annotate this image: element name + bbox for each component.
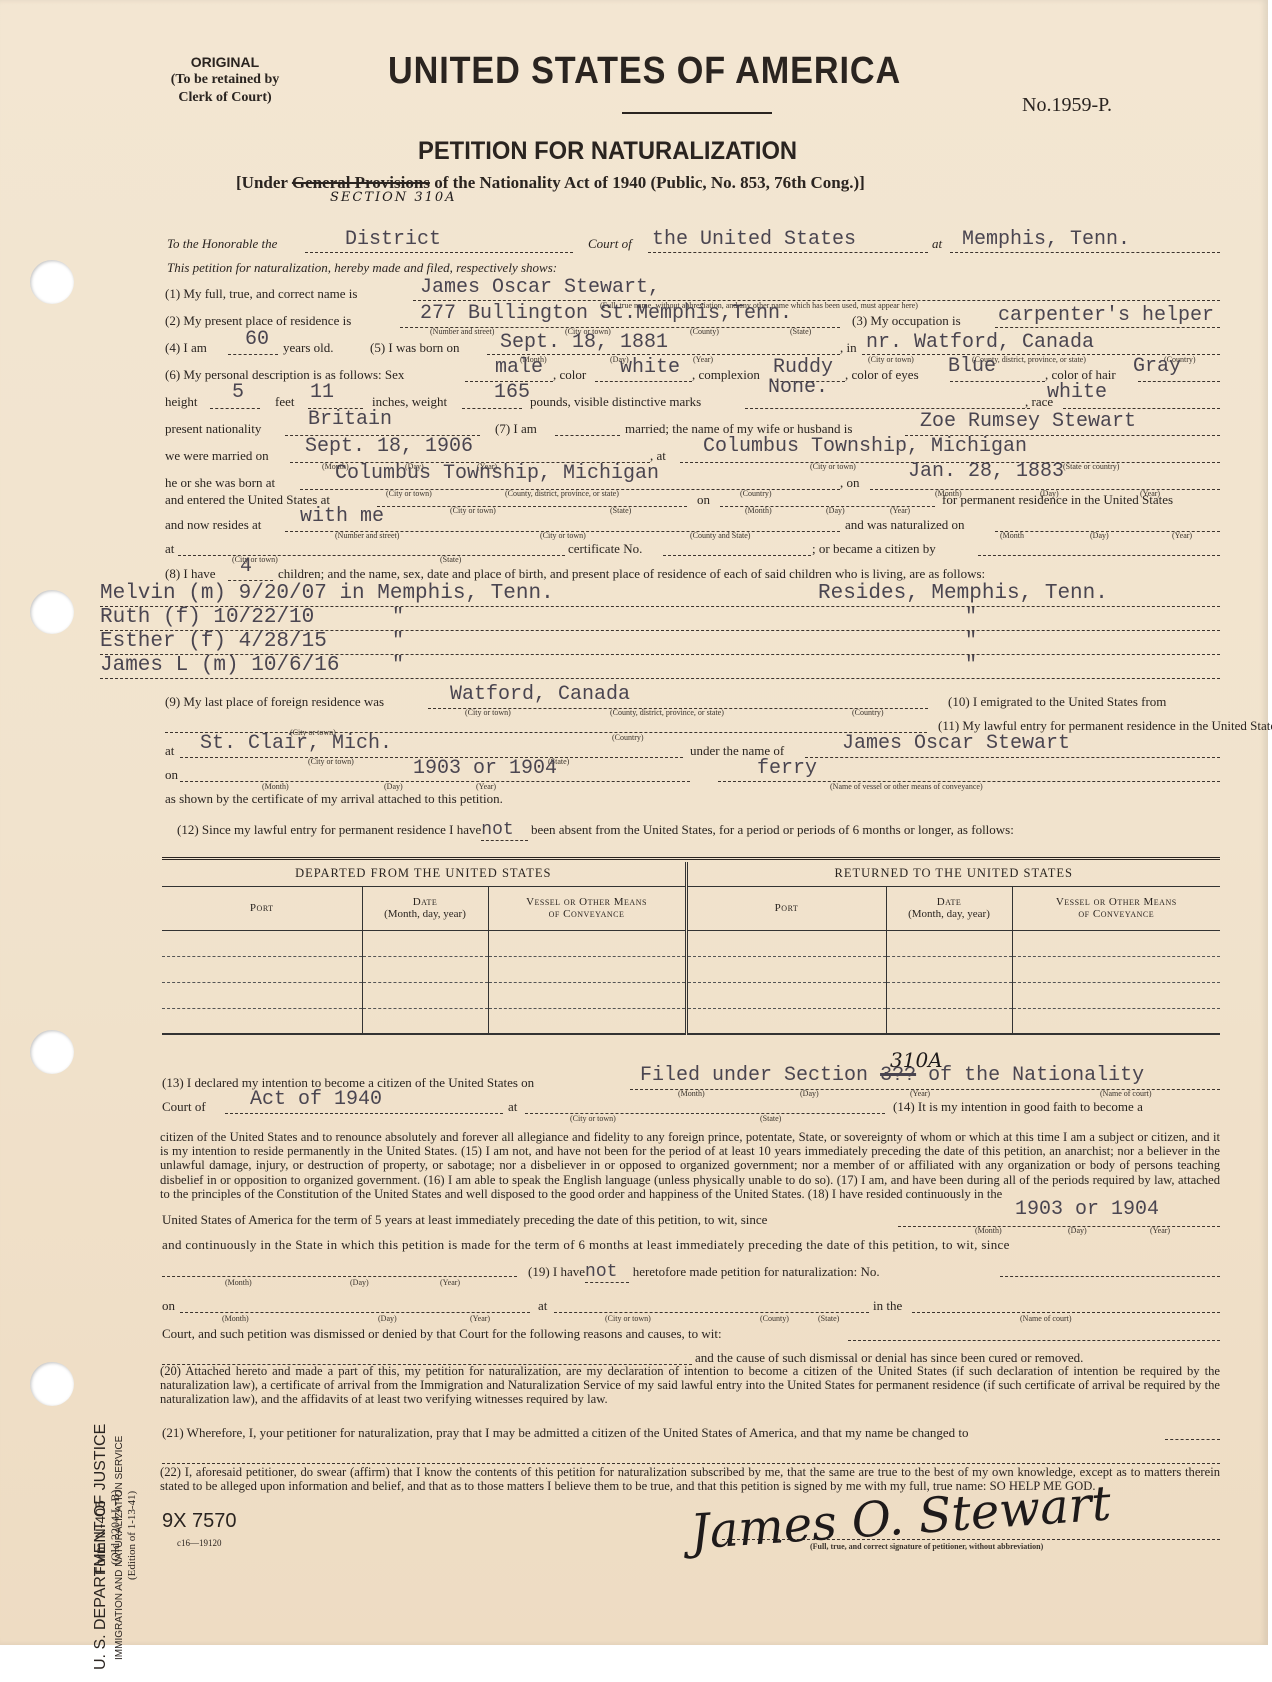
- returned-header: RETURNED TO THE UNITED STATES: [686, 862, 1220, 886]
- dismissed-line: Court, and such petition was dismissed o…: [162, 1326, 722, 1342]
- caption: (County and State): [690, 531, 750, 540]
- under-prefix: [Under: [236, 173, 288, 192]
- caption: (State): [760, 1114, 781, 1123]
- col-vessel-label: Vessel or Other Means: [1013, 896, 1221, 908]
- entry-name-field[interactable]: James Oscar Stewart: [842, 732, 1070, 755]
- caption: (State): [790, 327, 811, 336]
- caption: (State): [440, 555, 461, 564]
- court-of-field[interactable]: Act of 1940: [250, 1088, 382, 1111]
- caption: (Day): [350, 1278, 369, 1287]
- child-residence[interactable]: Resides, Memphis, Tenn.: [818, 582, 1108, 605]
- caption: (State): [610, 506, 631, 515]
- declaration-value-b: of the Nationality: [928, 1064, 1144, 1087]
- spouse-name-field[interactable]: Zoe Rumsey Stewart: [920, 410, 1136, 433]
- nationality-field[interactable]: Britain: [308, 408, 392, 431]
- caption: (Day): [384, 782, 403, 791]
- q4-suffix: years old.: [283, 340, 334, 356]
- entered-suffix: for permanent residence in the United St…: [942, 492, 1173, 508]
- at-label: at: [165, 541, 174, 557]
- at-label: at: [538, 1298, 547, 1314]
- caption: (Name of court): [1100, 1089, 1152, 1098]
- court-of-label: Court of: [588, 236, 632, 252]
- child-residence[interactable]: ": [965, 654, 977, 677]
- caption: (Month): [745, 506, 772, 515]
- height-inches-field[interactable]: 11: [310, 381, 334, 404]
- table-row: [162, 930, 1220, 956]
- ditto-mark: ": [392, 654, 404, 677]
- oath-paragraph-14-17: citizen of the United States and to reno…: [160, 1130, 1220, 1201]
- departed-header: DEPARTED FROM THE UNITED STATES: [162, 862, 686, 886]
- entry-on-label: on: [165, 767, 178, 783]
- entry-at-label: at: [165, 743, 174, 759]
- caption: (City or town): [605, 1314, 651, 1323]
- ditto-mark: ": [392, 630, 404, 653]
- punch-hole: [30, 260, 74, 304]
- caption: (Month): [225, 1278, 252, 1287]
- caption: (City or town): [570, 1114, 616, 1123]
- original-note: (To be retained by: [155, 71, 295, 89]
- certificate-label: certificate No.: [568, 541, 642, 557]
- race-field[interactable]: white: [1047, 381, 1107, 404]
- in-label: , in: [840, 340, 857, 356]
- marks-field[interactable]: None.: [768, 376, 828, 399]
- children-count-field[interactable]: 4: [240, 555, 252, 578]
- color-field[interactable]: white: [620, 356, 680, 379]
- caption: (City or town): [540, 531, 586, 540]
- color-label: , color: [553, 367, 586, 383]
- hair-field[interactable]: Gray: [1133, 355, 1181, 378]
- col-port: Port: [162, 886, 362, 930]
- handwritten-section: SECTION 310A: [330, 190, 457, 205]
- height-feet-field[interactable]: 5: [232, 381, 244, 404]
- q3-label: (3) My occupation is: [852, 313, 961, 329]
- q8-label: (8) I have: [165, 566, 216, 582]
- col-date-label: Date: [363, 896, 488, 908]
- caption: (Year): [440, 1278, 460, 1287]
- form-title: PETITION FOR NATURALIZATION: [418, 137, 797, 166]
- residence-field[interactable]: 277 Bullington St.Memphis,Tenn.: [420, 302, 792, 325]
- q19-line: (19) I havenot heretofore made petition …: [528, 1262, 880, 1282]
- court-name-field[interactable]: the United States: [652, 228, 856, 251]
- q12-line: (12) Since my lawful entry for permanent…: [177, 820, 1014, 840]
- spouse-birth-date-field[interactable]: Jan. 28, 1883: [908, 460, 1064, 483]
- caption: (Country): [852, 708, 884, 717]
- caption: (Day): [1068, 1226, 1087, 1235]
- caption: (Month): [975, 1226, 1002, 1235]
- entry-date-field[interactable]: 1903 or 1904: [413, 757, 557, 780]
- marriage-date-field[interactable]: Sept. 18, 1906: [305, 435, 473, 458]
- caption: (City or town): [465, 708, 511, 717]
- paragraph-21: (21) Wherefore, I, your petitioner for n…: [162, 1425, 969, 1441]
- original-note: Clerk of Court): [155, 89, 295, 107]
- caption: (Year): [1172, 531, 1192, 540]
- complexion-label: , complexion: [692, 367, 760, 383]
- caption: (City or town): [386, 489, 432, 498]
- col-date-sub: (Month, day, year): [363, 908, 488, 920]
- q6-label: (6) My personal description is as follow…: [165, 367, 404, 383]
- col-vessel: Vessel or Other Meansof Conveyance: [488, 886, 686, 930]
- conveyance-field[interactable]: ferry: [757, 757, 817, 780]
- caption: (County): [690, 327, 719, 336]
- caption: (Day): [826, 506, 845, 515]
- caption: (State or country): [1063, 462, 1119, 471]
- col-vessel-sub: of Conveyance: [1013, 908, 1221, 920]
- country-title: UNITED STATES OF AMERICA: [388, 50, 901, 93]
- under-suffix: of the Nationality Act of 1940 (Public, …: [434, 173, 865, 192]
- full-name-field[interactable]: James Oscar Stewart,: [420, 276, 660, 299]
- court-type-field[interactable]: District: [345, 228, 441, 251]
- col-vessel: Vessel or Other Meansof Conveyance: [1012, 886, 1220, 930]
- citizen-by-label: ; or became a citizen by: [812, 541, 936, 557]
- sex-field[interactable]: male: [495, 356, 543, 379]
- original-stamp: ORIGINAL (To be retained by Clerk of Cou…: [155, 53, 295, 107]
- petition-number: No.1959-P.: [1022, 94, 1112, 117]
- caption: (Country): [612, 733, 644, 742]
- height-label: height: [165, 394, 198, 410]
- caption: (Day): [378, 1314, 397, 1323]
- spouse-residence-field[interactable]: with me: [300, 505, 384, 528]
- caption: (Number and street): [430, 327, 494, 336]
- caption: (Number and street): [335, 531, 399, 540]
- birth-place-field[interactable]: nr. Watford, Canada: [866, 331, 1094, 354]
- marriage-place-field[interactable]: Columbus Township, Michigan: [703, 435, 1027, 458]
- age-field[interactable]: 60: [245, 328, 269, 351]
- caption: (Day): [800, 1089, 819, 1098]
- document-page: ORIGINAL (To be retained by Clerk of Cou…: [0, 0, 1268, 1645]
- caption: (Name of court): [1020, 1314, 1072, 1323]
- q19-value-field[interactable]: not: [585, 1262, 629, 1283]
- caption: (Year): [890, 506, 910, 515]
- entry-port-field[interactable]: St. Clair, Mich.: [200, 732, 392, 755]
- caption: (City or town): [868, 355, 914, 364]
- col-date-label: Date: [887, 896, 1012, 908]
- q2-label: (2) My present place of residence is: [165, 313, 351, 329]
- child-entry[interactable]: Esther (f) 4/28/15: [100, 630, 327, 653]
- punch-hole: [30, 1362, 74, 1406]
- spouse-born-label: he or she was born at: [165, 475, 275, 491]
- signature-caption: (Full, true, and correct signature of pe…: [810, 1542, 1043, 1551]
- caption: (State): [818, 1314, 839, 1323]
- caption: (Month: [1000, 531, 1024, 540]
- caption: (County, district, province, or state): [610, 708, 724, 717]
- struck-section: 3??: [880, 1064, 916, 1087]
- caption: (Year): [910, 1089, 930, 1098]
- service-name: IMMIGRATION AND NATURALIZATION SERVICE: [114, 1436, 125, 1660]
- edition-note: (Edition of 1-13-41): [126, 1491, 138, 1580]
- in-the-label: in the: [873, 1298, 902, 1314]
- q12-value-field[interactable]: not: [481, 820, 527, 841]
- birth-date-field[interactable]: Sept. 18, 1881: [500, 331, 668, 354]
- on-label: on: [162, 1298, 175, 1314]
- nationality-label: present nationality: [165, 421, 261, 437]
- col-date: Date(Month, day, year): [362, 886, 488, 930]
- print-code: c16—19120: [177, 1538, 222, 1548]
- to-label: To the Honorable the: [167, 236, 277, 252]
- col-vessel-label: Vessel or Other Means: [489, 896, 685, 908]
- resides-label: and now resides at: [165, 517, 261, 533]
- caption: (City or town): [308, 757, 354, 766]
- punch-hole: [30, 1030, 74, 1074]
- original-label: ORIGINAL: [155, 53, 295, 71]
- spouse-on-label: , on: [840, 475, 860, 491]
- department-name: U. S. DEPARTMENT OF JUSTICE: [92, 1424, 110, 1670]
- residence-since-field[interactable]: 1903 or 1904: [1015, 1198, 1159, 1221]
- q12-prefix: (12) Since my lawful entry for permanent…: [177, 822, 481, 837]
- q8-suffix: children; and the name, sex, date and pl…: [278, 566, 985, 582]
- file-code: 9X 7570: [162, 1510, 237, 1533]
- q5-label: (5) I was born on: [370, 340, 460, 356]
- caption: (Year): [476, 782, 496, 791]
- title-rule: [622, 112, 772, 114]
- court-location-field[interactable]: Memphis, Tenn.: [962, 228, 1130, 251]
- caption: (Country): [740, 489, 772, 498]
- ditto-mark: ": [392, 606, 404, 629]
- feet-label: feet: [275, 394, 294, 410]
- paragraph-20: (20) Attached hereto and made a part of …: [160, 1364, 1220, 1407]
- col-vessel-sub: of Conveyance: [489, 908, 685, 920]
- caption: (Year): [1150, 1226, 1170, 1235]
- declaration-field[interactable]: Filed under Section 3?? of the Nationali…: [640, 1064, 1144, 1087]
- q14-label: (14) It is my intention in good faith to…: [893, 1099, 1143, 1115]
- caption: (County, district, province, or state): [505, 489, 619, 498]
- eyes-label: , color of eyes: [845, 367, 919, 383]
- at-label: at: [932, 236, 942, 252]
- absence-table: DEPARTED FROM THE UNITED STATES RETURNED…: [162, 862, 1220, 1035]
- caption: (City or town): [810, 462, 856, 471]
- caption: (Day): [1090, 531, 1109, 540]
- table-top-rule: [162, 857, 1220, 860]
- q19-prefix: (19) I have: [528, 1264, 585, 1279]
- q12-suffix: been absent from the United States, for …: [531, 822, 1014, 837]
- table-row: [162, 1008, 1220, 1034]
- caption: (City or town): [232, 555, 278, 564]
- caption: (City or town): [450, 506, 496, 515]
- weight-field[interactable]: 165: [494, 381, 530, 404]
- occupation-field[interactable]: carpenter's helper: [998, 304, 1214, 327]
- q10-label: (10) I emigrated to the United States fr…: [948, 694, 1166, 710]
- caption: (Month): [222, 1314, 249, 1323]
- col-date: Date(Month, day, year): [886, 886, 1012, 930]
- caption: (Year): [693, 355, 713, 364]
- q19-suffix: heretofore made petition for naturalizat…: [633, 1264, 880, 1279]
- foreign-residence-field[interactable]: Watford, Canada: [450, 683, 630, 706]
- spouse-birthplace-field[interactable]: Columbus Township, Michigan: [335, 462, 659, 485]
- table-row: [162, 982, 1220, 1008]
- child-residence[interactable]: ": [965, 606, 977, 629]
- court-of-label: Court of: [162, 1099, 206, 1115]
- certificate-note: as shown by the certificate of my arriva…: [165, 791, 503, 807]
- q4-label: (4) I am: [165, 340, 207, 356]
- q9-label: (9) My last place of foreign residence w…: [165, 694, 384, 710]
- child-residence[interactable]: ": [965, 630, 977, 653]
- naturalized-label: and was naturalized on: [845, 517, 964, 533]
- intro-text: This petition for naturalization, hereby…: [167, 260, 557, 276]
- caption: (Month): [262, 782, 289, 791]
- child-entry[interactable]: James L (m) 10/6/16: [100, 654, 339, 677]
- child-entry[interactable]: Ruth (f) 10/22/10: [100, 606, 314, 629]
- q18-line: United States of America for the term of…: [162, 1212, 767, 1228]
- q7-label: (7) I am: [495, 421, 537, 437]
- married-on-label: we were married on: [165, 448, 269, 464]
- pounds-label: pounds, visible distinctive marks: [530, 394, 701, 410]
- caption: (Month): [678, 1089, 705, 1098]
- caption: (Name of vessel or other means of convey…: [830, 782, 983, 791]
- caption: (County): [760, 1314, 789, 1323]
- at-label: at: [508, 1099, 517, 1115]
- punch-hole: [30, 590, 74, 634]
- q1-label: (1) My full, true, and correct name is: [165, 286, 357, 302]
- col-date-sub: (Month, day, year): [887, 908, 1012, 920]
- declaration-value-a: Filed under Section: [640, 1064, 868, 1087]
- caption: (Year): [470, 1314, 490, 1323]
- col-port: Port: [686, 886, 886, 930]
- entered-on-label: on: [697, 492, 710, 508]
- child-entry[interactable]: Melvin (m) 9/20/07 in Memphis, Tenn.: [100, 582, 554, 605]
- eyes-field[interactable]: Blue: [948, 355, 996, 378]
- table-row: [162, 956, 1220, 982]
- state-residence-line: and continuously in the State in which t…: [162, 1237, 1010, 1253]
